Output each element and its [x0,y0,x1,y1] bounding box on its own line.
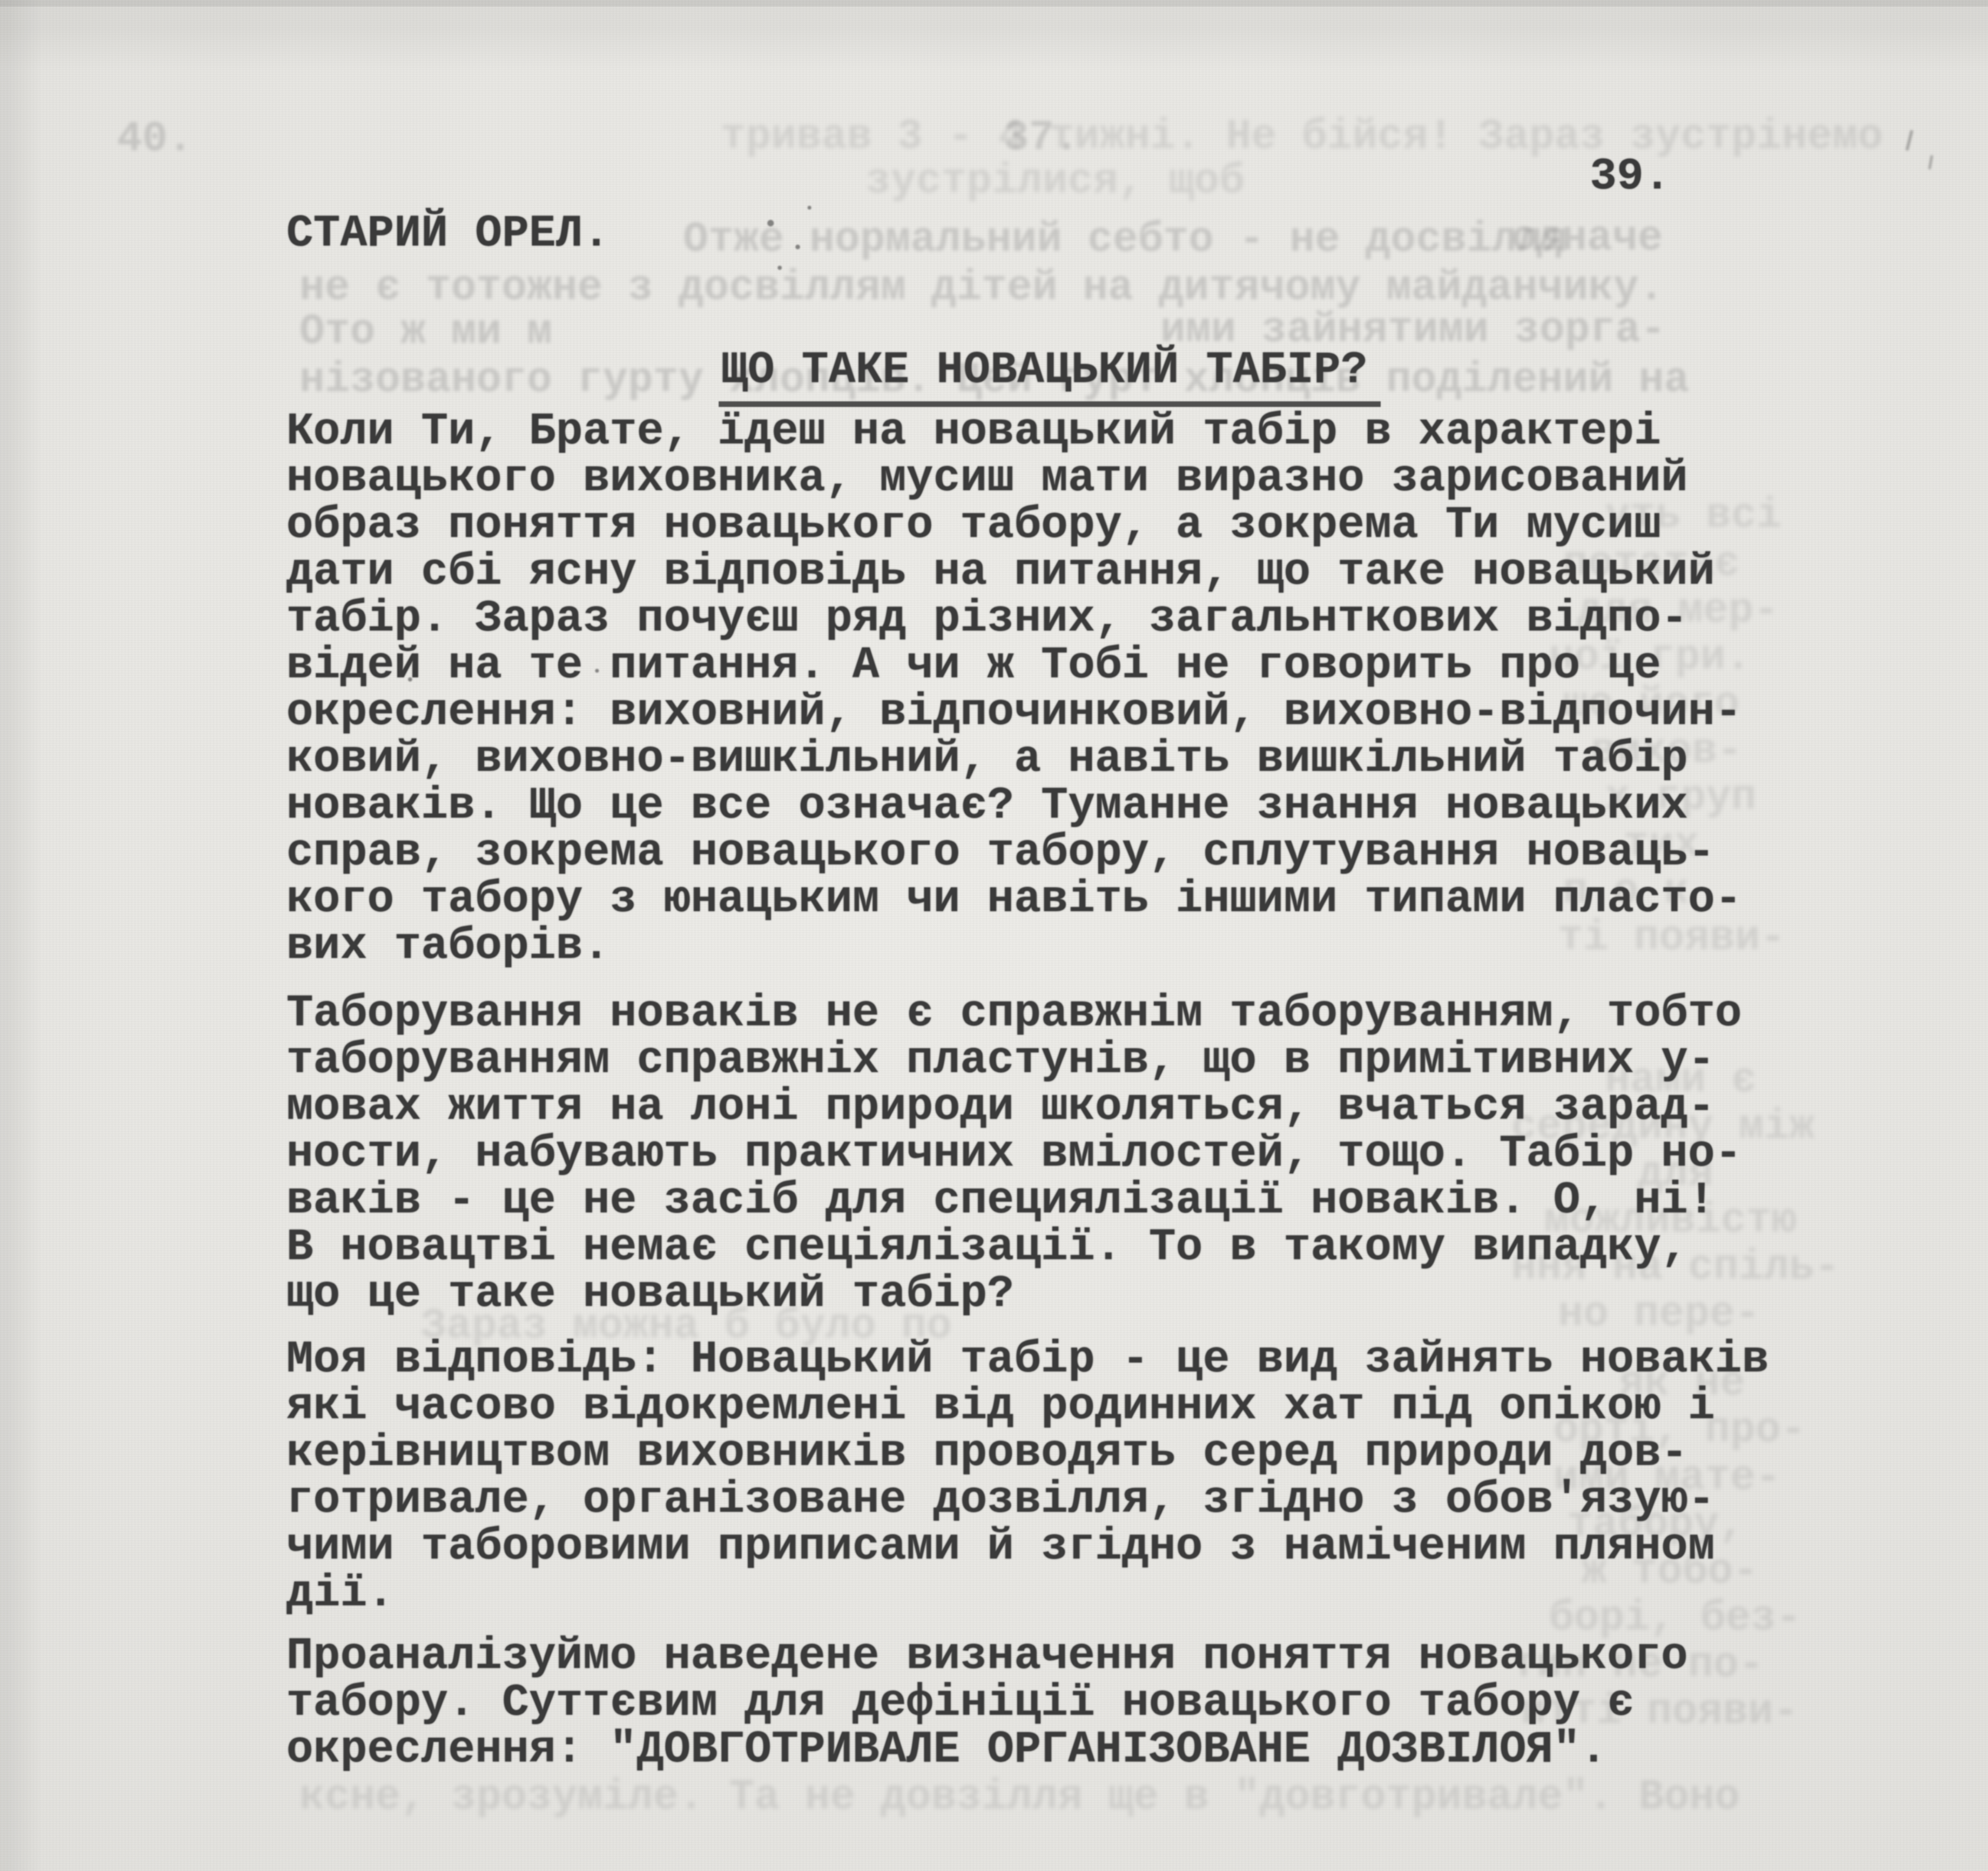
paragraph-4: Проаналізуймо наведене визначення понятт… [286,1633,1688,1773]
bleed-through-page-number: 37. [1004,116,1079,161]
bleed-through-fragment: ксне, зрозуміле. Та не довзілля ще в "до… [299,1775,1740,1820]
ink-speck [1099,423,1103,428]
bleed-through-fragment: Ото ж ми м [299,310,552,355]
ink-speck [808,206,811,210]
bleed-through-fragment: тривав 3 - 4 тижні. Не бійся! Зараз зуст… [721,115,1883,160]
ink-speck [408,677,412,682]
ink-speck [795,245,800,249]
bleed-through-page-number: 40. [117,117,193,162]
bleed-through-fragment: одначе [1511,216,1663,261]
section-heading-text: ЩО ТАКЕ НОВАЦЬКИЙ ТАБІР? [719,347,1381,407]
page-number: 39. [1590,153,1671,200]
ink-speck [767,220,774,226]
scan-streak [1928,155,1933,169]
paragraph-3: Моя відповідь: Новацький табір - це вид … [286,1336,1769,1617]
scanned-page: тривав 3 - 4 тижні. Не бійся! Зараз зуст… [0,0,1988,1871]
document-title: СТАРИЙ ОРЕЛ. [286,210,610,257]
ink-speck [595,669,599,673]
bleed-through-fragment: зустрілися, щоб [866,159,1245,204]
paragraph-2: Таборування новаків не є справжнім табор… [286,990,1742,1318]
bleed-through-fragment: Отже нормальний себто - не досвілля [683,218,1567,262]
paragraph-1: Коли Ти, Брате, їдеш на новацький табір … [286,408,1742,970]
ink-speck [778,266,782,270]
scan-streak [1906,130,1913,151]
